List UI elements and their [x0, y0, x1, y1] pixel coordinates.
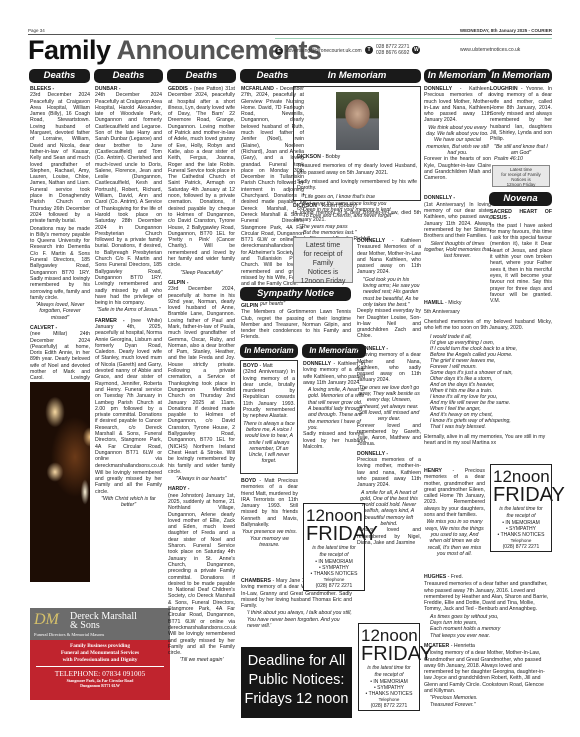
candle-image: [30, 382, 90, 582]
donnelly-wife-notice: DONNELLY - Kathleen In loving memory of …: [303, 361, 365, 451]
memoriam-column-6: DONNELLY - Kathleen. Precious memories o…: [424, 86, 491, 259]
donnelly-mother-notice: DONNELLY - Kathleen Treasured Memories o…: [357, 238, 421, 341]
latest-time-box-small: Latest time for receipt of Family Notice…: [492, 165, 550, 187]
dm-logo: DM: [34, 611, 59, 629]
section-header-deaths: Deaths: [167, 69, 236, 83]
contact-website[interactable]: www.ulsternetnotices.co.uk: [460, 47, 520, 53]
deadline-box-friday: 12noon FRIDAY is the latest time for the…: [490, 464, 552, 552]
section-header-in-memoriam: In Memoriam: [293, 69, 421, 83]
deaths-column-2: DUNBAR -24th December 2024 Peacefully at…: [95, 86, 162, 509]
henry-notice: HENRY - Precious memories of a dear moth…: [424, 468, 485, 557]
section-header-in-memoriam: In Memoriam: [424, 69, 490, 83]
hughes-notice: HUGHES - Fred. Treasured memories of a d…: [424, 574, 552, 708]
novena-notice: SACRED HEART OF JESUS - In the past I ha…: [490, 209, 552, 305]
boyd2-notice: BOYD - Matt Precious memories of a dear …: [241, 478, 298, 548]
deaths-column-1: BLEEKS -23rd December 2024 Peacefully at…: [30, 86, 90, 395]
memoriam-photo-notice: DICKSON - Bobby Treasured memories of my…: [293, 86, 421, 201]
hamill-notice: HAMILL - Micky 5th Anniversary Cherished…: [424, 300, 552, 448]
latest-time-box: Latest time for receipt of Family Notice…: [293, 237, 353, 283]
section-header-deaths: Deaths: [94, 69, 163, 83]
portrait-photo: [336, 92, 379, 150]
section-header-in-memoriam: In Memoriam: [489, 69, 552, 83]
accent-line: [275, 38, 552, 39]
page-number: Page 34: [28, 28, 45, 33]
section-header-novena: Novena: [489, 192, 552, 206]
deadline-banner: Deadline for All Public Notices: Fridays…: [241, 647, 352, 718]
section-header-in-memoriam: In Memoriam: [240, 344, 298, 358]
funeral-director-advert[interactable]: DM Dereck Marshall & Sons Funeral Direct…: [30, 608, 170, 714]
deadline-box-friday: 12noon FRIDAY is the latest time for the…: [303, 503, 365, 591]
section-header-deaths: Deaths: [29, 69, 90, 83]
phone-icon: T: [365, 46, 373, 54]
loughrin-notice: LOUGHRIN - Yvonne. In loving memory of a…: [490, 86, 552, 163]
advert-phone: TELEPHONE: 07834 091005: [30, 669, 170, 678]
deaths-column-3: GEDDIS - (nee Patton) 31st December 2024…: [168, 86, 235, 664]
boyd-notice: BOYD - Matt(32nd Anniversary) In loving …: [240, 360, 298, 474]
deadline-box-friday: 12noon FRIDAY is the latest time for the…: [358, 623, 420, 711]
contact-phone: T 028 8772 2271 028 8676 6692 W: [365, 44, 420, 56]
section-header-sympathy: Sympathy Notice: [240, 287, 351, 301]
contact-email[interactable]: E advertising@tyronecourier.uk.com: [275, 47, 362, 55]
donnelly-nana-notice: DONNELLY -In loving memory of a dear Mot…: [357, 346, 421, 547]
sympathy-notice: GILPIN -The Members of Gortinmeron Lawn …: [241, 303, 351, 342]
issue-date: WEDNESDAY, 8th January 2025 - COURIER: [460, 28, 552, 33]
email-icon: E: [275, 47, 283, 55]
web-icon: W: [412, 46, 420, 54]
